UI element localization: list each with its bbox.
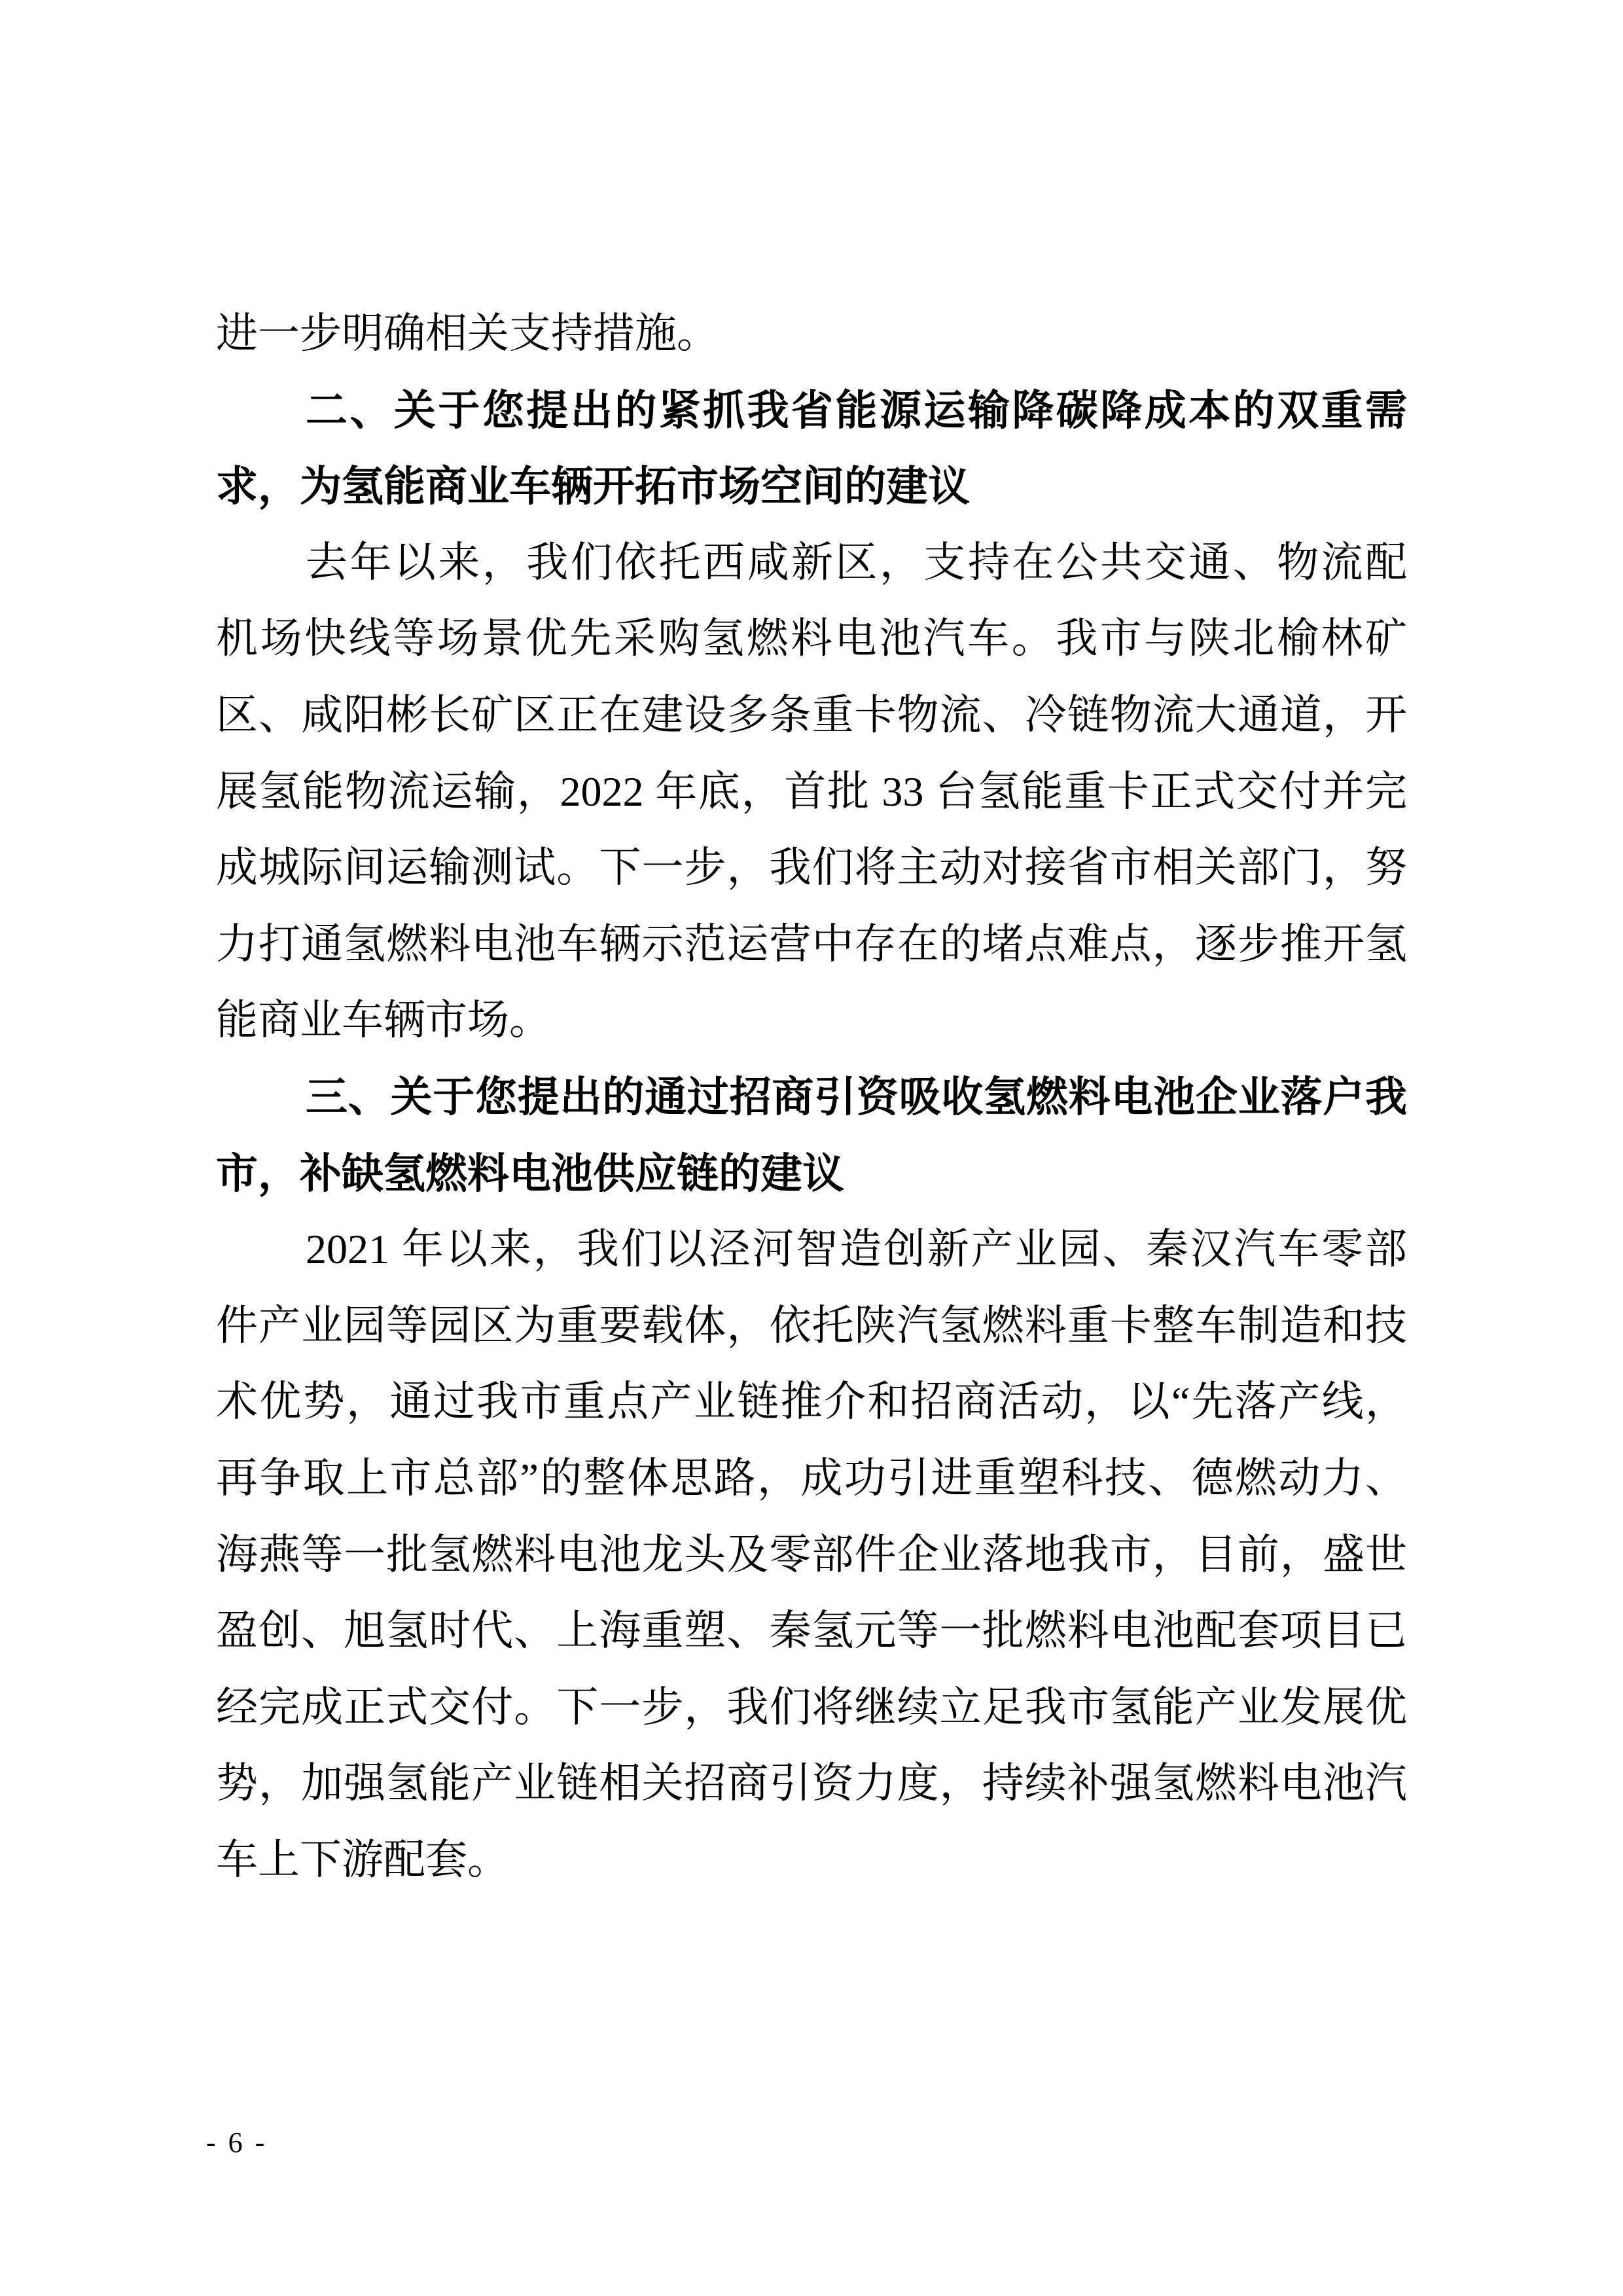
paragraph-line: 去年以来，我们依托西咸新区，支持在公共交通、物流配送、 <box>216 525 1407 601</box>
paragraph-line: 机场快线等场景优先采购氢燃料电池汽车。我市与陕北榆林矿 <box>216 601 1407 677</box>
document-page: 进一步明确相关支持措施。 二、关于您提出的紧抓我省能源运输降碳降成本的双重需 求… <box>0 0 1623 2296</box>
paragraph-line: 术优势，通过我市重点产业链推介和招商活动，以“先落产线， <box>216 1364 1407 1441</box>
paragraph-line: 进一步明确相关支持措施。 <box>216 296 1407 372</box>
paragraph-line: 力打通氢燃料电池车辆示范运营中存在的堵点难点，逐步推开氢 <box>216 906 1407 983</box>
section-heading-line: 二、关于您提出的紧抓我省能源运输降碳降成本的双重需 <box>216 372 1407 449</box>
page-footer: - 6 - <box>206 2126 267 2160</box>
paragraph-line: 2021 年以来，我们以泾河智造创新产业园、秦汉汽车零部 <box>216 1211 1407 1288</box>
paragraph-line: 展氢能物流运输，2022 年底，首批 33 台氢能重卡正式交付并完 <box>216 754 1407 831</box>
paragraph-line: 势，加强氢能产业链相关招商引资力度，持续补强氢燃料电池汽 <box>216 1746 1407 1822</box>
document-body: 进一步明确相关支持措施。 二、关于您提出的紧抓我省能源运输降碳降成本的双重需 求… <box>216 296 1407 1898</box>
section-heading-line: 市，补缺氢燃料电池供应链的建议 <box>216 1136 1407 1212</box>
section-heading-line: 三、关于您提出的通过招商引资吸收氢燃料电池企业落户我 <box>216 1059 1407 1136</box>
paragraph-line: 能商业车辆市场。 <box>216 982 1407 1059</box>
page-number: - 6 - <box>206 2126 267 2159</box>
paragraph-line: 海燕等一批氢燃料电池龙头及零部件企业落地我市，目前，盛世 <box>216 1517 1407 1594</box>
paragraph-line: 经完成正式交付。下一步，我们将继续立足我市氢能产业发展优 <box>216 1670 1407 1746</box>
paragraph-line: 盈创、旭氢时代、上海重塑、秦氢元等一批燃料电池配套项目已 <box>216 1593 1407 1670</box>
paragraph-line: 车上下游配套。 <box>216 1822 1407 1899</box>
paragraph-line: 件产业园等园区为重要载体，依托陕汽氢燃料重卡整车制造和技 <box>216 1288 1407 1365</box>
section-heading-line: 求，为氢能商业车辆开拓市场空间的建议 <box>216 448 1407 525</box>
paragraph-line: 区、咸阳彬长矿区正在建设多条重卡物流、冷链物流大通道，开 <box>216 677 1407 754</box>
paragraph-line: 成城际间运输测试。下一步，我们将主动对接省市相关部门，努 <box>216 830 1407 906</box>
paragraph-line: 再争取上市总部”的整体思路，成功引进重塑科技、德燃动力、 <box>216 1441 1407 1517</box>
